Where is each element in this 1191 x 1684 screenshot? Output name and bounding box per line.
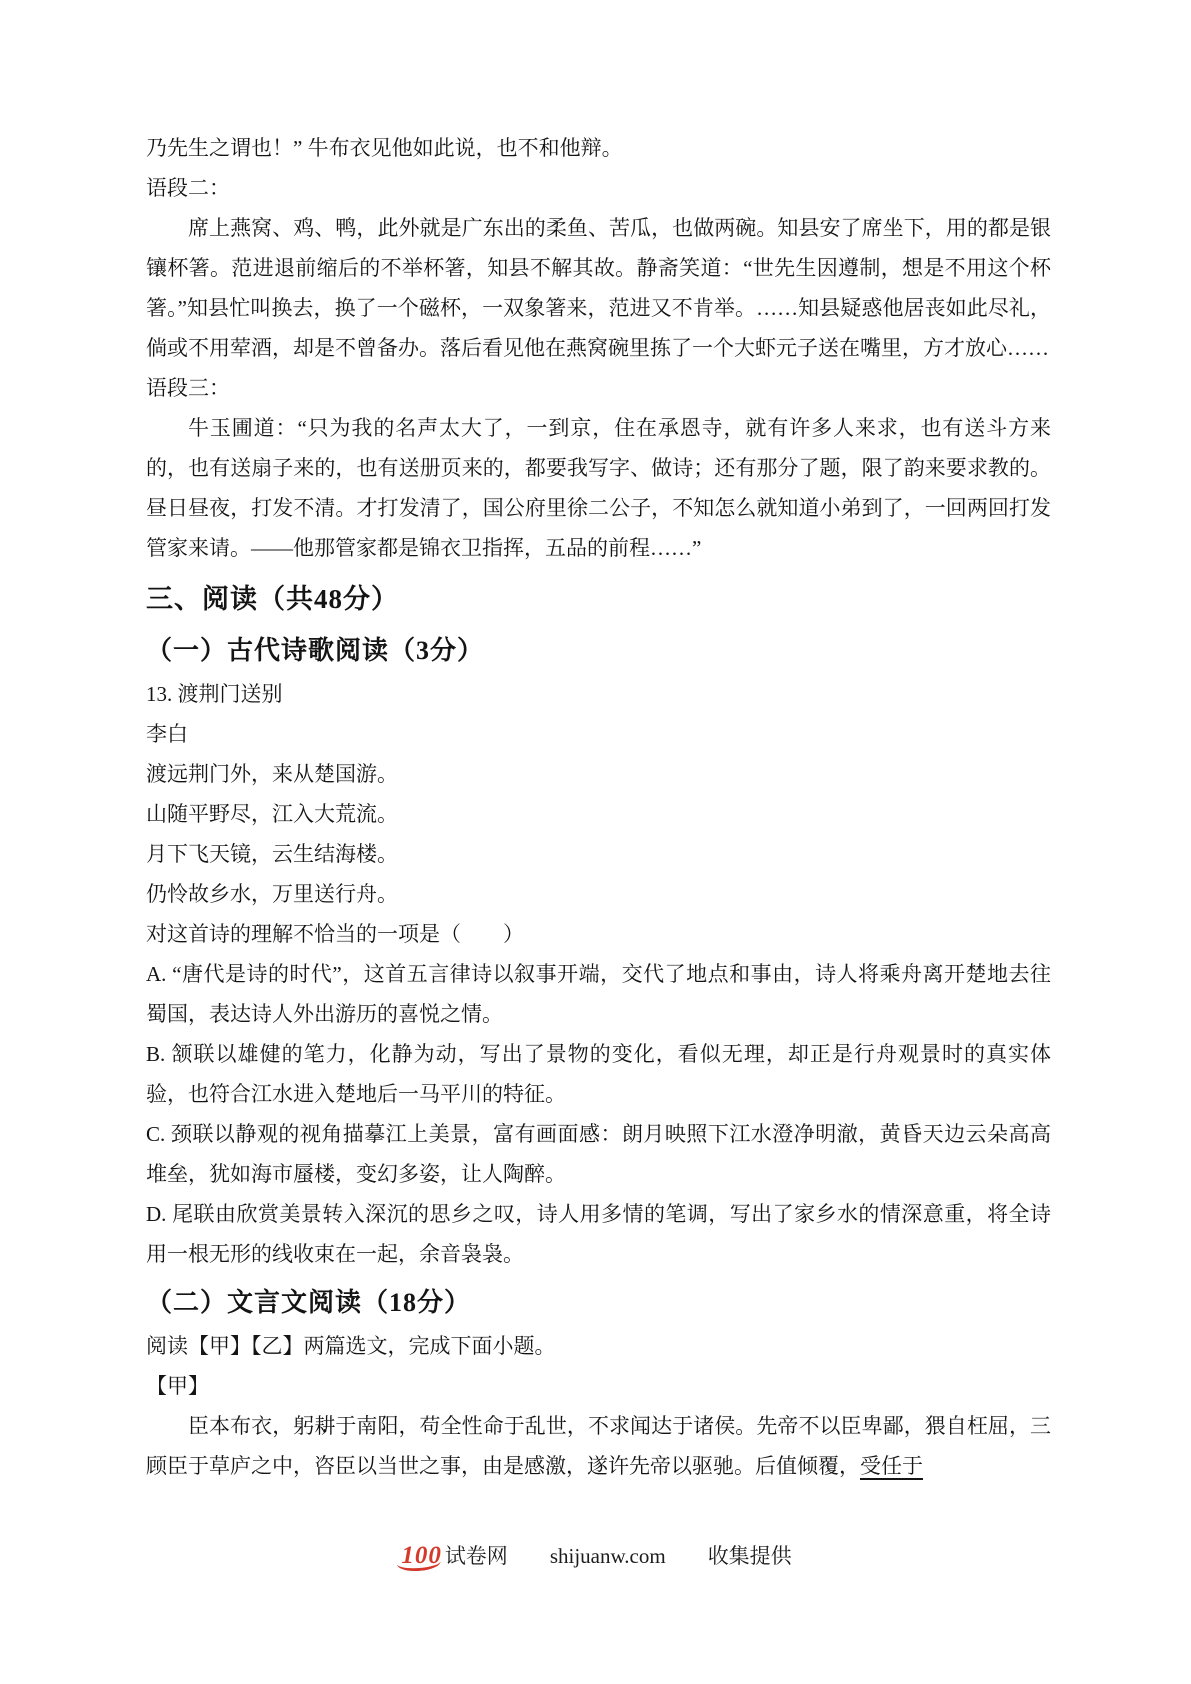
footer-domain: shijuanw.com (550, 1544, 666, 1568)
subsection-heading-classical-chinese: （二）文言文阅读（18分） (146, 1280, 1051, 1326)
jia-text-before: 臣本布衣， (188, 1414, 293, 1438)
footer-provided-text: 收集提供 (708, 1544, 792, 1568)
passage-jia-text: 臣本布衣，躬耕于南阳，苟全性命于乱世，不求闻达于诸侯。先帝不以臣卑鄙，猥自枉屈，… (146, 1406, 1051, 1486)
option-a: A. “唐代是诗的时代”，这首五言律诗以叙事开端，交代了地点和事由，诗人将乘舟离… (146, 954, 1051, 1034)
page-content: 乃先生之谓也！” 牛布衣见他如此说，也不和他辩。 语段二： 席上燕窝、鸡、鸭，此… (0, 0, 1191, 1486)
shijuanw-logo-number: 100 (399, 1542, 445, 1572)
section-heading-reading: 三、阅读（共48分） (146, 576, 1051, 622)
passage2-text: 席上燕窝、鸡、鸭，此外就是广东出的柔鱼、苦瓜，也做两碗。知县安了席坐下，用的都是… (146, 208, 1051, 368)
passage3-text: 牛玉圃道：“只为我的名声太大了，一到京，住在承恩寺，就有许多人来求，也有送斗方来… (146, 408, 1051, 568)
passage-jia-label: 【甲】 (146, 1366, 1051, 1406)
option-d: D. 尾联由欣赏美景转入深沉的思乡之叹，诗人用多情的笔调，写出了家乡水的情深意重… (146, 1194, 1051, 1274)
poem-title: 13. 渡荆门送别 (146, 674, 1051, 714)
option-c: C. 颈联以静观的视角描摹江上美景，富有画面感：朗月映照下江水澄净明澈，黄昏天边… (146, 1114, 1051, 1194)
poem-author: 李白 (146, 714, 1051, 754)
passage3-label: 语段三： (146, 368, 1051, 408)
exam-page: 乃先生之谓也！” 牛布衣见他如此说，也不和他辩。 语段二： 席上燕窝、鸡、鸭，此… (0, 0, 1191, 1684)
subsection-heading-ancient-poetry: （一）古代诗歌阅读（3分） (146, 628, 1051, 674)
passage2-label: 语段二： (146, 168, 1051, 208)
question-stem: 对这首诗的理解不恰当的一项是（ ） (146, 914, 1051, 954)
poem-line-2: 山随平野尽，江入大荒流。 (146, 794, 1051, 834)
poem-line-4: 仍怜故乡水，万里送行舟。 (146, 874, 1051, 914)
page-footer: 100试卷网shijuanw.com收集提供 (0, 1540, 1191, 1572)
poem-line-1: 渡远荆门外，来从楚国游。 (146, 754, 1051, 794)
jia-underlined-phrase: 受任于 (860, 1454, 923, 1478)
shijuanw-logo-site: 试卷网 (445, 1544, 508, 1568)
option-b: B. 颔联以雄健的笔力，化静为动，写出了景物的变化，看似无理，却正是行舟观景时的… (146, 1034, 1051, 1114)
poem-line-3: 月下飞天镜，云生结海楼。 (146, 834, 1051, 874)
reading-instruction: 阅读【甲】【乙】两篇选文，完成下面小题。 (146, 1326, 1051, 1366)
intro-continuation-line: 乃先生之谓也！” 牛布衣见他如此说，也不和他辩。 (146, 128, 1051, 168)
jia-emphasized-char: 躬 (293, 1414, 314, 1438)
